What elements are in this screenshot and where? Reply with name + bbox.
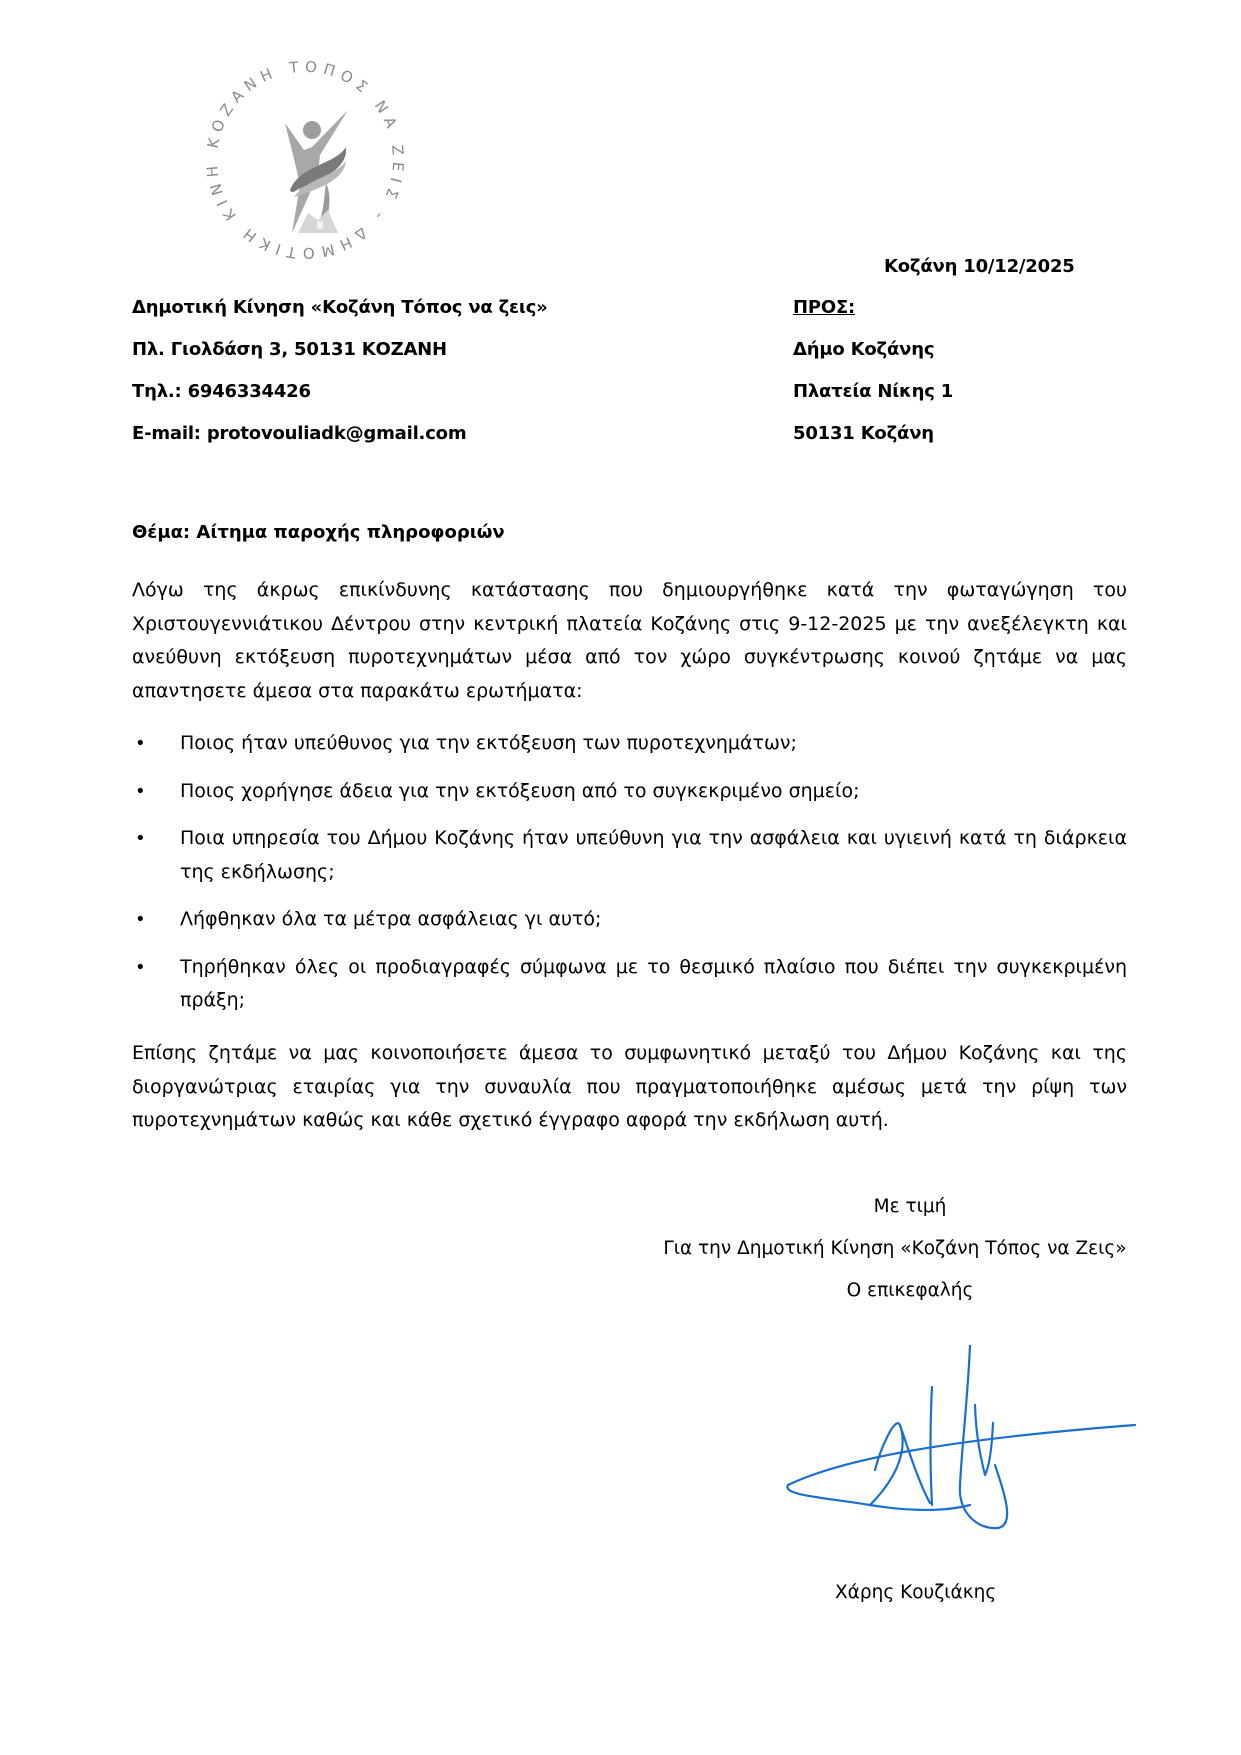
sender-email: E-mail: protovouliadk@gmail.com [132, 423, 466, 444]
list-item: •Ποια υπηρεσία του Δήμου Κοζάνης ήταν υπ… [132, 822, 1127, 889]
bullet-icon: • [135, 951, 146, 985]
intro-paragraph: Λόγω της άκρως επικίνδυνης κατάστασης πο… [132, 574, 1127, 708]
organization-logo: ΚΟΖΑΝΗ ΤΟΠΟΣ ΝΑ ΖΕΙΣ - ΔΗΜΟΤΙΚΗ ΚΙΝΗΣΗ - [200, 55, 410, 265]
bullet-icon: • [135, 727, 146, 761]
on-behalf-line: Για την Δημοτική Κίνηση «Κοζάνη Τόπος να… [660, 1238, 1130, 1259]
recipient-city: 50131 Κοζάνη [793, 423, 934, 444]
signer-name: Χάρης Κουζιάκης [835, 1582, 996, 1603]
sender-name: Δημοτική Κίνηση «Κοζάνη Τόπος να ζεις» [132, 297, 548, 318]
greeting: Με τιμή [860, 1196, 960, 1217]
figure-with-ribbon-logo-icon [285, 110, 348, 233]
list-item: •Ποιος χορήγησε άδεια για την εκτόξευση … [132, 775, 1127, 809]
recipient-name: Δήμο Κοζάνης [793, 339, 934, 360]
recipient-label: ΠΡΟΣ: [793, 297, 855, 318]
letter-date: Κοζάνη 10/12/2025 [884, 256, 1075, 277]
sender-address: Πλ. Γιολδάση 3, 50131 ΚΟΖΑΝΗ [132, 339, 447, 360]
bullet-icon: • [135, 775, 146, 809]
sender-phone: Τηλ.: 6946334426 [132, 381, 311, 402]
recipient-address: Πλατεία Νίκης 1 [793, 381, 953, 402]
closing-paragraph: Επίσης ζητάμε να μας κοινοποιήσετε άμεσα… [132, 1037, 1127, 1138]
signer-role: Ο επικεφαλής [820, 1280, 1000, 1301]
bullet-icon: • [135, 822, 146, 856]
signature [780, 1345, 1140, 1545]
list-item: •Λήφθηκαν όλα τα μέτρα ασφάλειας γι αυτό… [132, 903, 1127, 937]
list-item: •Τηρήθηκαν όλες οι προδιαγραφές σύμφωνα … [132, 951, 1127, 1018]
list-item: •Ποιος ήταν υπεύθυνος για την εκτόξευση … [132, 727, 1127, 761]
bullet-icon: • [135, 903, 146, 937]
letter-subject: Θέμα: Αίτημα παροχής πληροφοριών [132, 522, 505, 543]
questions-list: •Ποιος ήταν υπεύθυνος για την εκτόξευση … [132, 727, 1127, 1032]
